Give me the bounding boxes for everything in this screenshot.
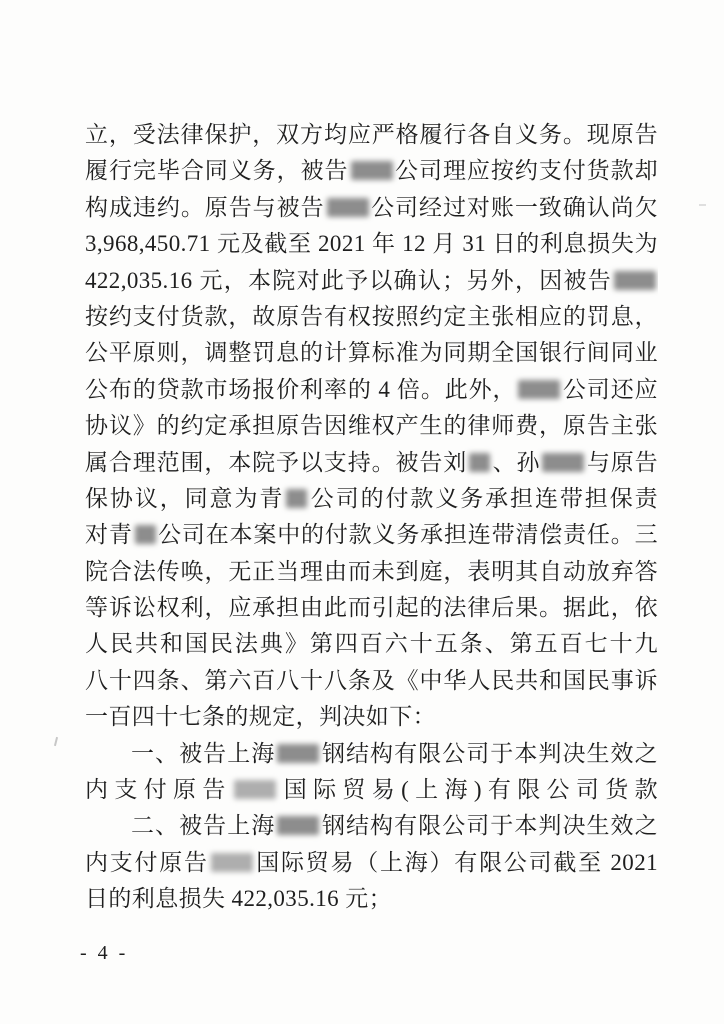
- document-line: 等诉讼权利，应承担由此而引起的法律后果。据此，依照《中华: [85, 590, 658, 626]
- text-run: 内支付原告: [85, 850, 209, 875]
- document-line: 履行完毕合同义务，被告公司理应按约支付货款却未支付，: [85, 153, 658, 189]
- text-run: 履行完毕合同义务，被告: [85, 158, 349, 183]
- document-line: 二、被告上海钢结构有限公司于本判决生效之日起十日: [85, 808, 658, 844]
- redacted-name: [327, 198, 369, 217]
- redacted-name: [234, 780, 276, 799]
- redacted-name: [277, 816, 319, 835]
- text-run: 、孙: [492, 450, 540, 475]
- document-line: 按约支付货款，故原告有权按照约定主张相应的罚息，本院考虑: [85, 299, 658, 335]
- redacted-name: [277, 744, 319, 763]
- text-run: 内支付原告: [85, 777, 232, 802]
- text-run: 协议》的约定承担原告因维权产生的律师费，原告主张的金额尚: [85, 413, 658, 444]
- document-line: 构成违约。原告与被告公司经过对账一致确认尚欠原告货款: [85, 190, 658, 226]
- page-number: - 4 -: [80, 942, 128, 965]
- redacted-name: [211, 853, 253, 872]
- document-line: 立，受法律保护，双方均应严格履行各自义务。现原告已按约定: [85, 117, 658, 153]
- document-line: 协议》的约定承担原告因维权产生的律师费，原告主张的金额尚: [85, 408, 658, 444]
- document-line: 院合法传唤，无正当理由而未到庭，表明其自动放弃答辩、质证: [85, 554, 658, 590]
- document-line: 一百四十七条的规定，判决如下：: [85, 699, 658, 735]
- text-run: 一百四十七条的规定，判决如下：: [85, 704, 436, 729]
- document-line: 日的利息损失 422,035.16 元；: [85, 881, 658, 917]
- redacted-name: [542, 453, 584, 472]
- redacted-name: [614, 271, 656, 290]
- text-run: 院合法传唤，无正当理由而未到庭，表明其自动放弃答辩、质证: [85, 559, 658, 590]
- redacted-name: [351, 161, 393, 180]
- document-line: 一、被告上海钢结构有限公司于本判决生效之日起十日: [85, 736, 658, 772]
- text-run: 公平原则，调整罚息的计算标准为同期全国银行间同业拆借中心: [85, 340, 658, 371]
- text-run: 日的利息损失 422,035.16 元；: [85, 886, 392, 911]
- scanned-judgment-page: 立，受法律保护，双方均应严格履行各自义务。现原告已按约定履行完毕合同义务，被告公…: [0, 0, 724, 1024]
- text-run: 按约支付货款，故原告有权按照约定主张相应的罚息，本院考虑: [85, 304, 658, 335]
- text-run: 属合理范围，本院予以支持。被告刘: [85, 450, 467, 475]
- document-line: 保协议，同意为青公司的付款义务承担连带担保责任，故其应: [85, 481, 658, 517]
- document-line: 人民共和国民法典》第四百六十五条、第五百七十九条、第五百: [85, 626, 658, 662]
- text-run: 422,035.16 元，本院对此予以确认；另外，因被告: [85, 268, 612, 293]
- document-lines: 立，受法律保护，双方均应严格履行各自义务。现原告已按约定履行完毕合同义务，被告公…: [85, 117, 658, 918]
- document-line: 对青公司在本案中的付款义务承担连带清偿责任。三被告经本: [85, 517, 658, 553]
- document-line: 属合理范围，本院予以支持。被告刘、孙与原告签订了担: [85, 445, 658, 481]
- text-run: 立，受法律保护，双方均应严格履行各自义务。现原告已按约定: [85, 122, 658, 153]
- text-run: 公司在本案中的付款义务承担连带清偿责任。三被告经本: [85, 522, 658, 553]
- document-line: 公平原则，调整罚息的计算标准为同期全国银行间同业拆借中心: [85, 335, 658, 371]
- document-line: 八十四条、第六百八十八条及《中华人民共和国民事诉讼法》第: [85, 663, 658, 699]
- redacted-name: [518, 380, 560, 399]
- scan-artifact: [54, 737, 58, 746]
- redacted-name: [135, 525, 156, 544]
- text-run: 二、被告上海: [131, 813, 275, 838]
- document-line: 内支付原告国际贸易（上海）有限公司截至 2021 年 12 月 3: [85, 845, 658, 881]
- document-line: 公布的贷款市场报价利率的 4 倍。此外，公司还应按《担保: [85, 372, 658, 408]
- scan-artifact: [699, 204, 706, 206]
- document-line: 422,035.16 元，本院对此予以确认；另外，因被告公司未能: [85, 263, 658, 299]
- text-run: 八十四条、第六百八十八条及《中华人民共和国民事诉讼法》第: [85, 668, 658, 699]
- text-run: 3,968,450.71 元及截至 2021 年 12 月 31 日的利息损失为: [85, 231, 658, 256]
- text-run: 构成违约。原告与被告: [85, 195, 325, 220]
- redacted-name: [469, 453, 490, 472]
- document-line: 3,968,450.71 元及截至 2021 年 12 月 31 日的利息损失为: [85, 226, 658, 262]
- text-run: 保协议，同意为青: [85, 486, 284, 511]
- text-run: 公布的贷款市场报价利率的 4 倍。此外，: [85, 377, 516, 402]
- scan-artifact: [519, 857, 522, 859]
- redacted-name: [286, 489, 307, 508]
- text-run: 对青: [85, 522, 133, 547]
- document-line: 内支付原告国际贸易(上海)有限公司货款 3,968,450.71 元；: [85, 772, 658, 808]
- text-run: 一、被告上海: [131, 741, 275, 766]
- text-run: 等诉讼权利，应承担由此而引起的法律后果。据此，依照《中华: [85, 595, 658, 626]
- text-run: 人民共和国民法典》第四百六十五条、第五百七十九条、第五百: [85, 631, 658, 662]
